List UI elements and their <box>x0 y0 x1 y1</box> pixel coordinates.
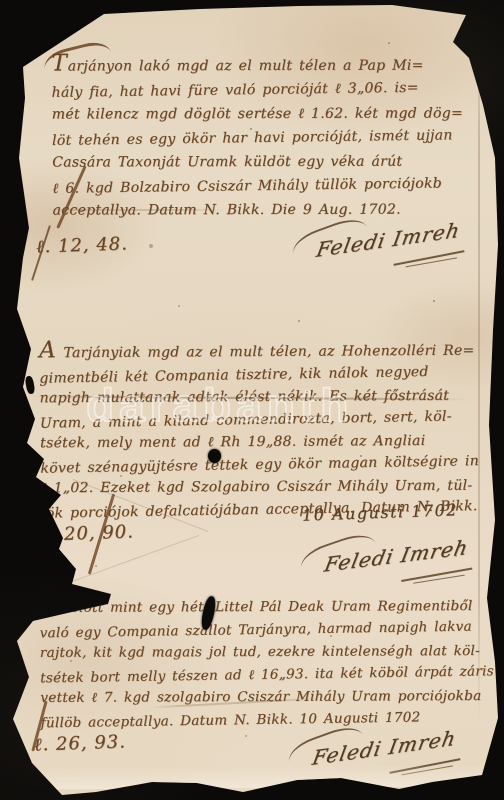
manuscript-line: ℓ 6. kgd Bolzabiro Csiszár Mihály tüllök… <box>52 171 470 201</box>
manuscript-line: löt tehén es egy ökör har havi porcióját… <box>52 123 470 153</box>
manuscript-line: Tarjányon lakó mgd az el mult télen a Pa… <box>51 53 469 78</box>
watermark-text: darabanth <box>86 378 486 432</box>
ink-blot <box>24 375 35 394</box>
amount-notation-3: ℓ. 26, 93. <box>34 731 127 755</box>
photo-background: Tarjányon lakó mgd az el mult télen a Pa… <box>0 0 504 800</box>
date-line-2: 10 Augusti 1702 <box>302 500 458 524</box>
signature-2: Feledi Imreh <box>303 531 485 592</box>
ink-blot <box>208 449 221 463</box>
manuscript-line: hály fia, hat havi füre való porcióját ℓ… <box>51 75 469 105</box>
amount-notation-1: ℓ. 12, 48. <box>36 233 129 257</box>
manuscript-paragraph-3: Ez előtt mint egy hét. Littel Pál Deak U… <box>39 594 470 733</box>
paper-speckles <box>0 0 2 2</box>
torn-edge-highlight <box>18 764 488 789</box>
signature-1: Feledi Imreh <box>294 214 477 278</box>
amount-notation-2: ℓ. 20, 90. <box>42 521 135 545</box>
manuscript-line: Cassára Taxonját Uramk küldöt egy véka á… <box>52 149 470 174</box>
manuscript-line: mét kilencz mgd döglöt sertése ℓ 1.62. k… <box>52 101 470 126</box>
manuscript-paragraph-1: Tarjányon lakó mgd az el mult télen a Pa… <box>51 52 470 224</box>
